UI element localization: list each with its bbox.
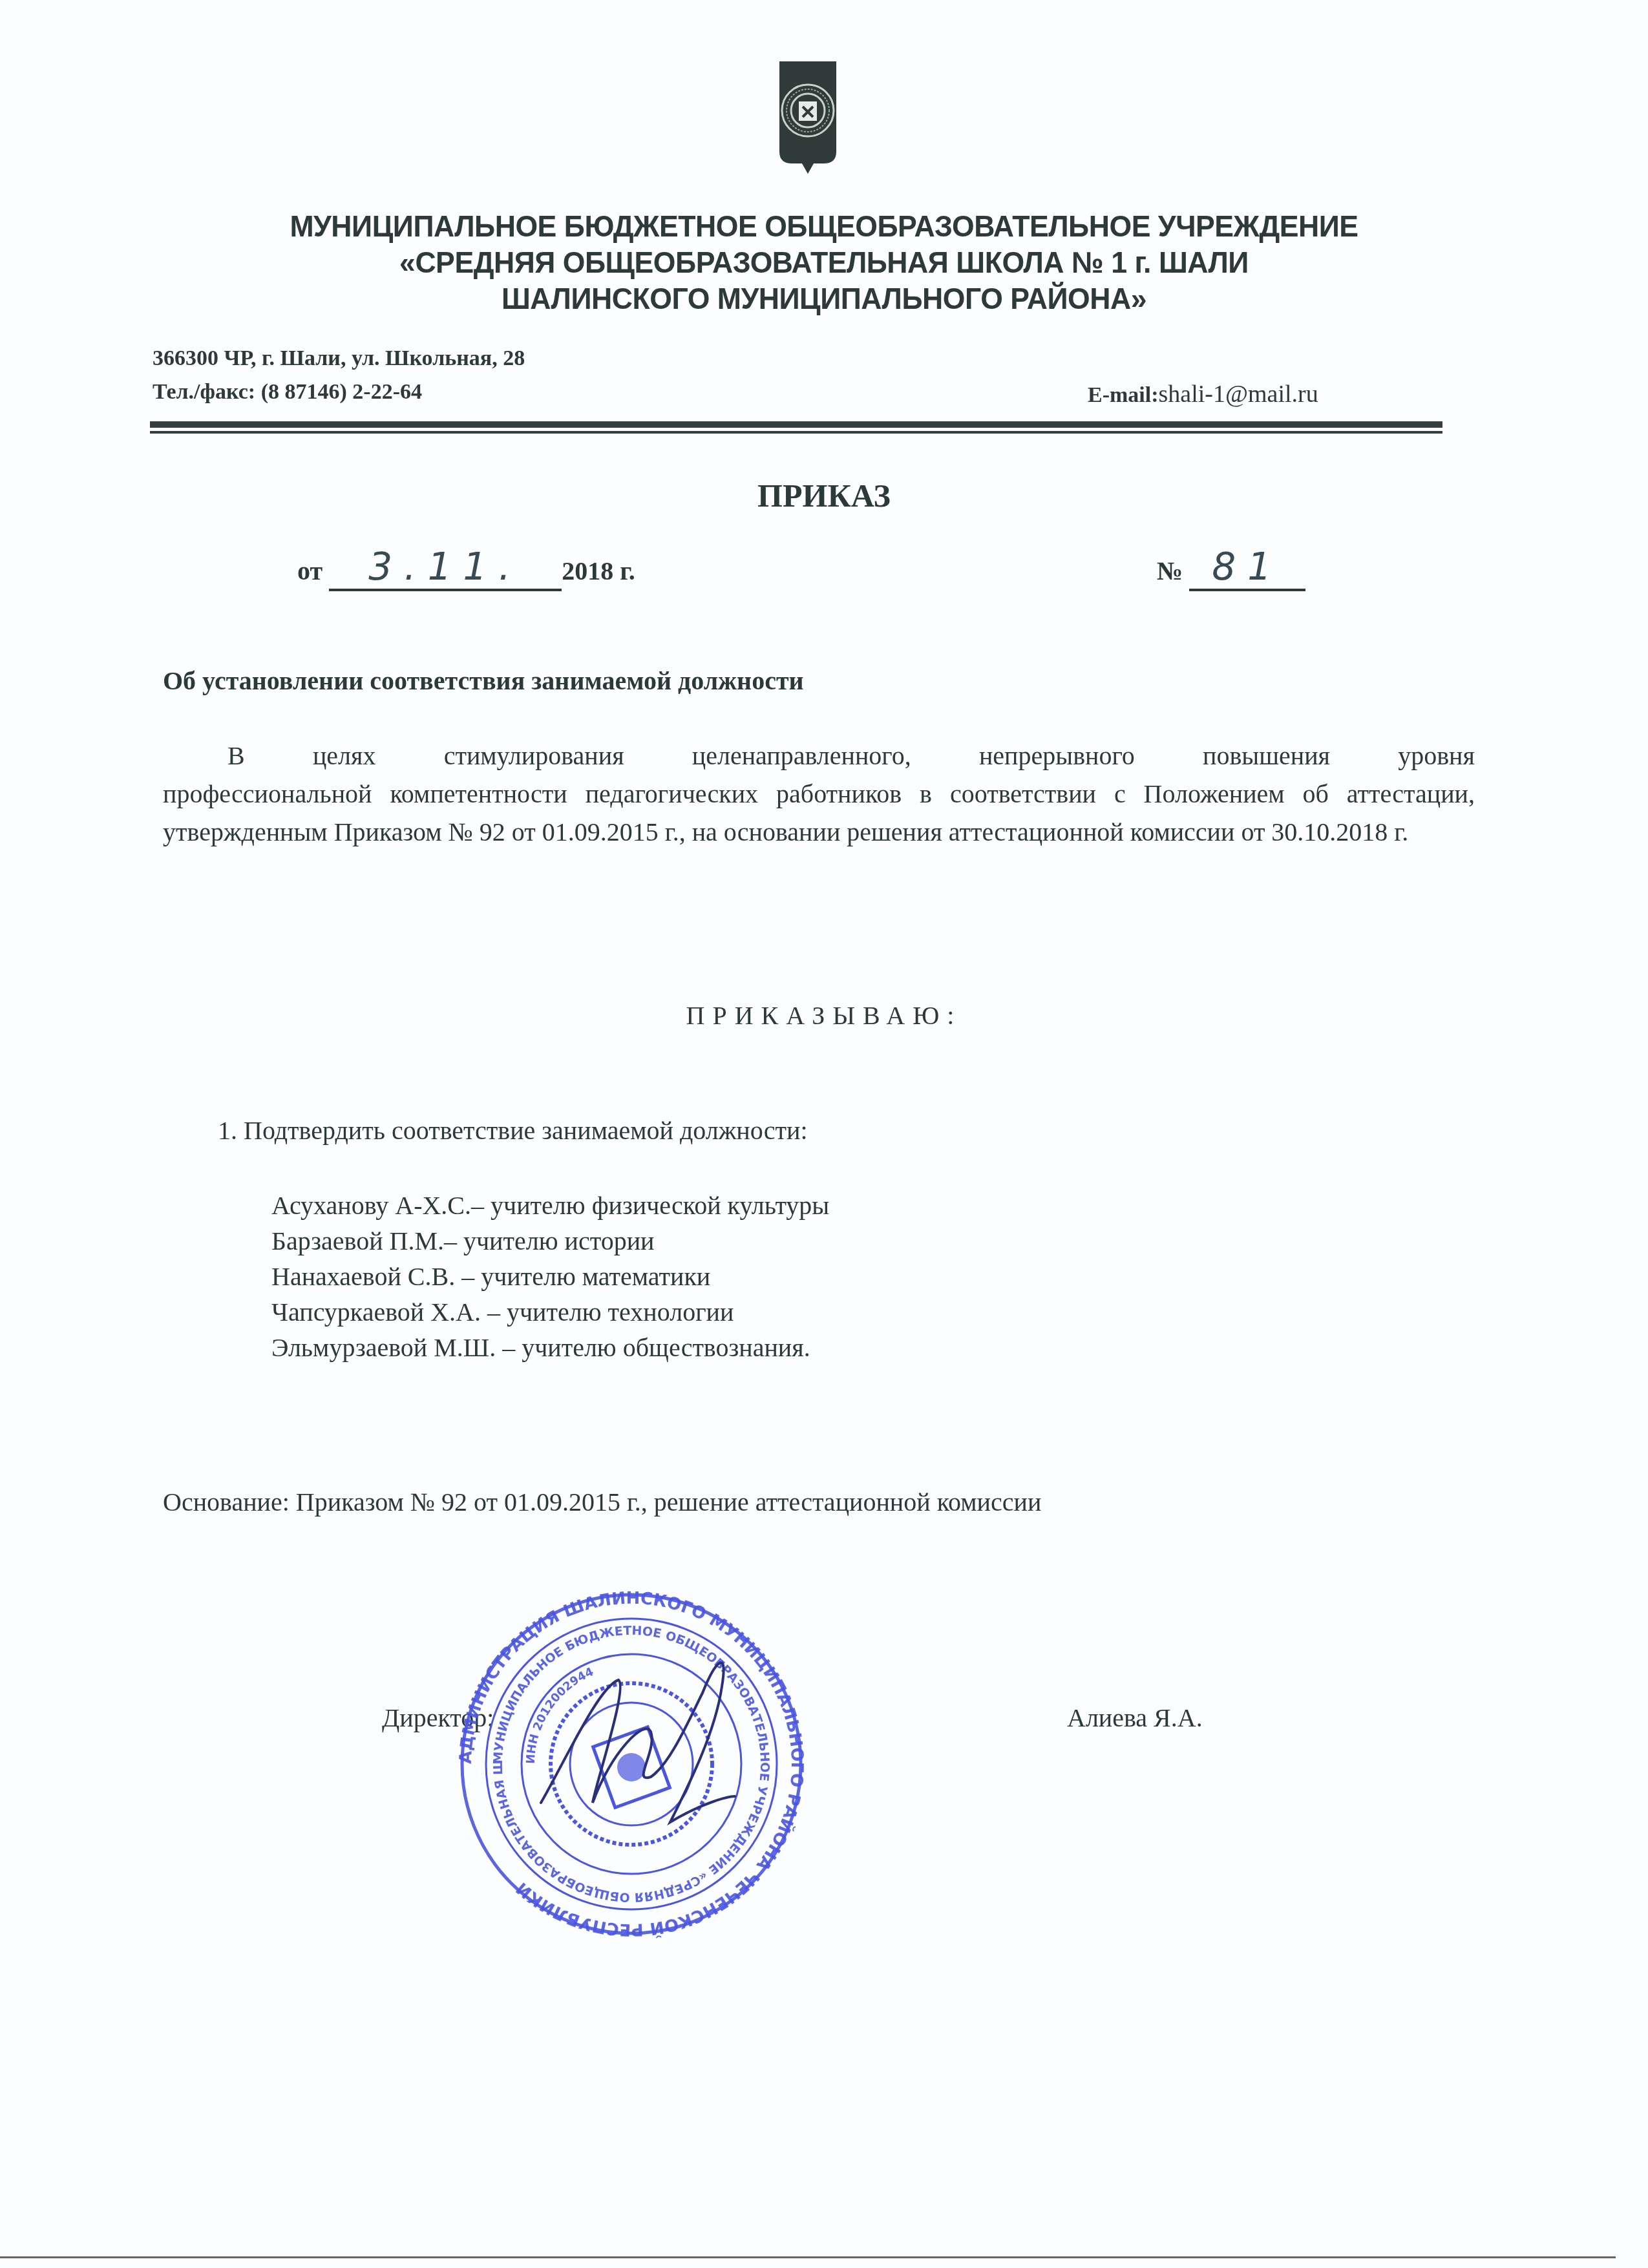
- number-handwritten: 81: [1212, 545, 1283, 589]
- word: повышения: [1203, 737, 1330, 775]
- person-item: Асуханову А-Х.С.– учителю физической кул…: [271, 1188, 829, 1223]
- header-divider-thick: [150, 421, 1442, 428]
- document-subject: Об установлении соответствия занимаемой …: [163, 666, 804, 696]
- order-heading: ПРИКАЗЫВАЮ:: [0, 1000, 1648, 1031]
- word: целенаправленного,: [692, 737, 911, 775]
- preamble: В целях стимулирования целенаправленного…: [163, 737, 1475, 851]
- date-line: от 3.11.2018 г.: [297, 545, 635, 591]
- word: целях: [313, 737, 376, 775]
- persons-list: Асуханову А-Х.С.– учителю физической кул…: [271, 1188, 829, 1365]
- number-label: №: [1157, 556, 1183, 585]
- person-item: Эльмурзаевой М.Ш. – учителю обществознан…: [271, 1330, 829, 1365]
- org-name-line-3: ШАЛИНСКОГО МУНИЦИПАЛЬНОГО РАЙОНА»: [25, 280, 1623, 317]
- person-item: Барзаевой П.М.– учителю истории: [271, 1223, 829, 1259]
- address: 366300 ЧР, г. Шали, ул. Школьная, 28: [153, 346, 525, 371]
- word: уровня: [1398, 737, 1475, 775]
- coat-of-arms-icon: [778, 55, 838, 174]
- preamble-body: профессиональной компетентности педагоги…: [163, 775, 1475, 851]
- person-item: Нанахаевой С.В. – учителю математики: [271, 1259, 829, 1294]
- org-name-line-1: МУНИЦИПАЛЬНОЕ БЮДЖЕТНОЕ ОБЩЕОБРАЗОВАТЕЛЬ…: [25, 208, 1623, 244]
- header-divider-thin: [150, 431, 1442, 434]
- number-line: № 81: [1157, 545, 1305, 591]
- email-label: E-mail:: [1088, 383, 1159, 407]
- date-field: 3.11.: [329, 545, 562, 591]
- word: непрерывного: [979, 737, 1135, 775]
- director-name: Алиева Я.А.: [1067, 1703, 1203, 1733]
- org-name-line-2: «СРЕДНЯЯ ОБЩЕОБРАЗОВАТЕЛЬНАЯ ШКОЛА № 1 г…: [25, 244, 1623, 280]
- basis-line: Основание: Приказом № 92 от 01.09.2015 г…: [163, 1487, 1041, 1517]
- order-item-1: 1. Подтвердить соответствие занимаемой д…: [218, 1115, 808, 1146]
- date-handwritten: 3.11.: [368, 545, 522, 589]
- official-seal-icon: АДМИНИСТРАЦИЯ ШАЛИНСКОГО МУНИЦИПАЛЬНОГО …: [457, 1590, 806, 1938]
- date-suffix: 2018 г.: [562, 556, 635, 585]
- phone: Тел./факс: (8 87146) 2-22-64: [153, 380, 422, 404]
- number-field: 81: [1189, 545, 1305, 591]
- email-block: E-mail:shali-1@mail.ru: [1088, 380, 1318, 408]
- email-link[interactable]: shali-1@mail.ru: [1159, 381, 1318, 408]
- person-item: Чапсуркаевой Х.А. – учителю технологии: [271, 1294, 829, 1330]
- document-title: ПРИКАЗ: [0, 477, 1648, 514]
- word: В: [227, 737, 245, 775]
- word: стимулирования: [444, 737, 624, 775]
- preamble-first-line: В целях стимулирования целенаправленного…: [163, 737, 1475, 775]
- date-prefix: от: [297, 556, 322, 585]
- page-bottom-edge: [0, 2256, 1616, 2258]
